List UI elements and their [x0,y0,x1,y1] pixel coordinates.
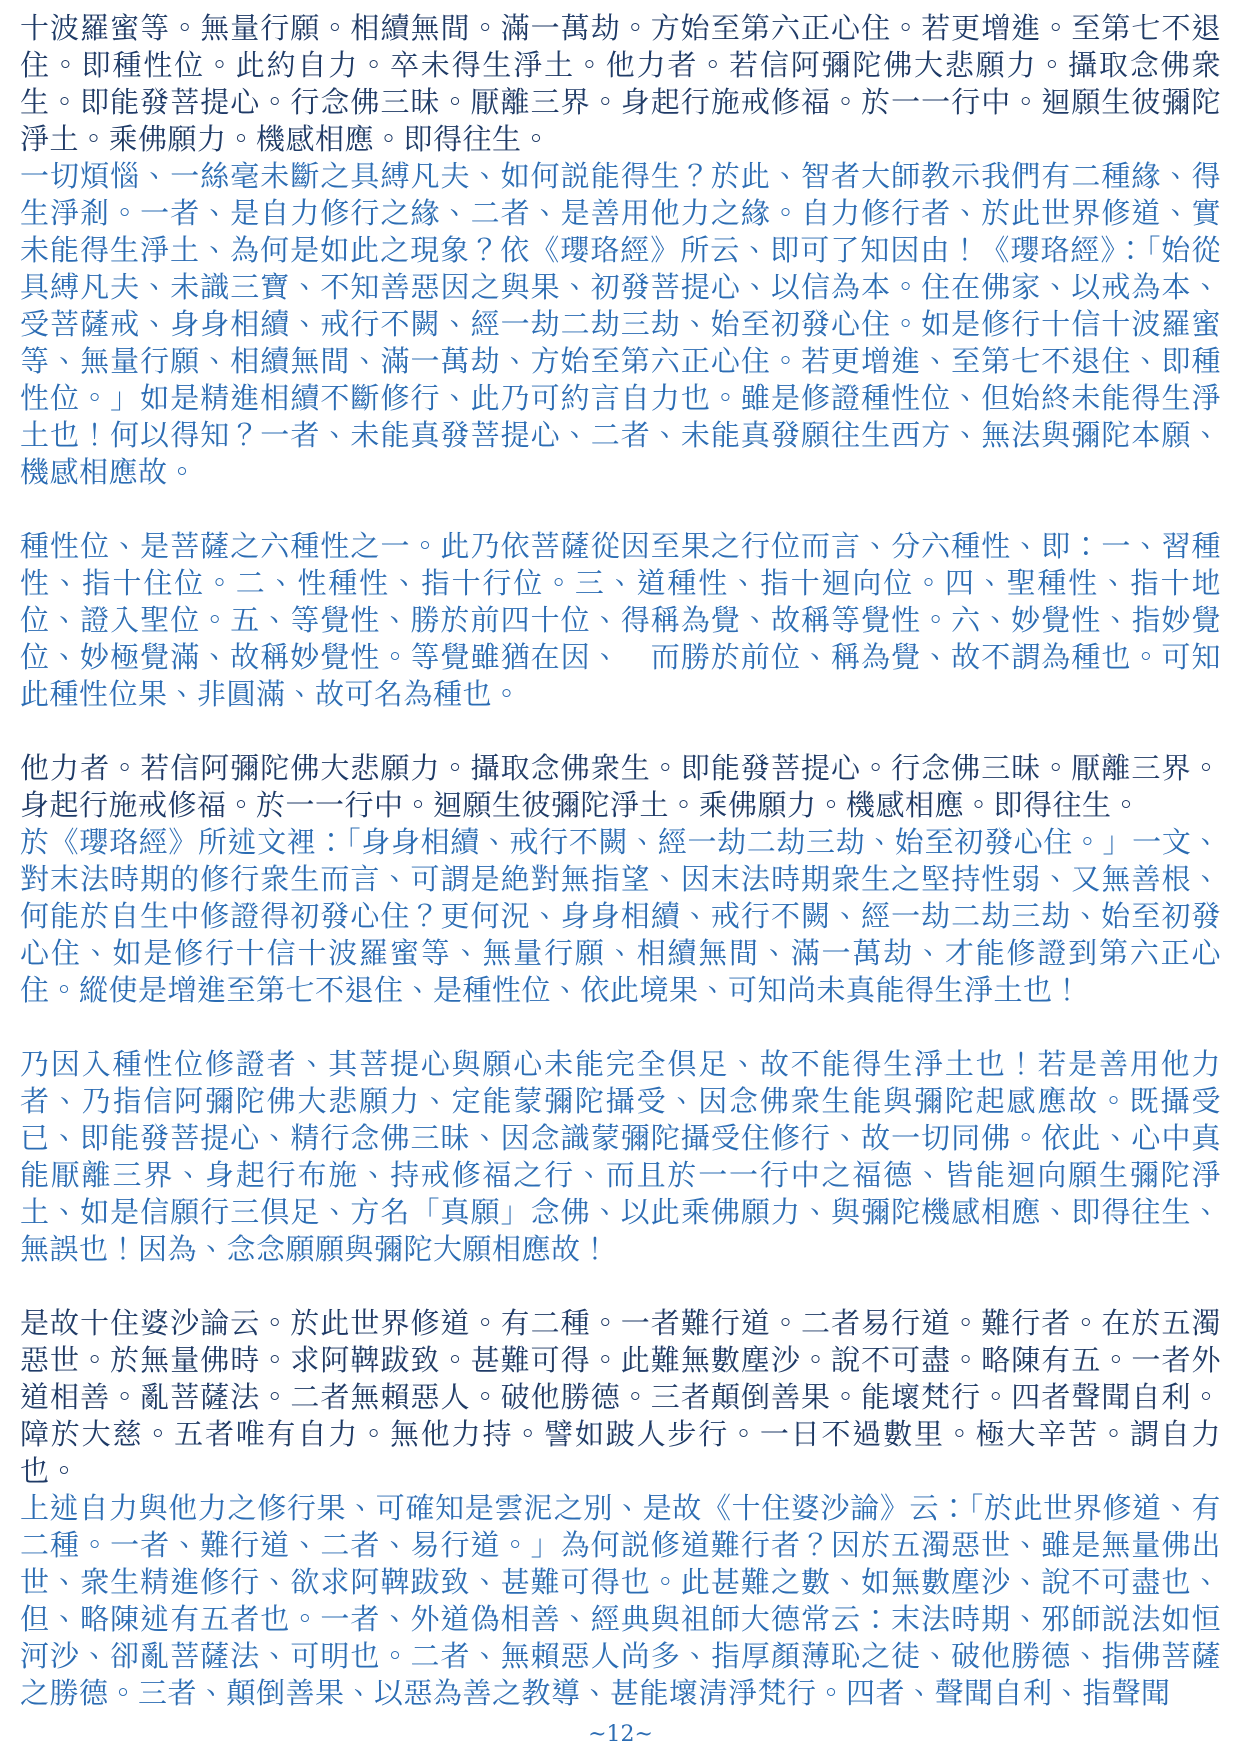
paragraph-5: 於《瓔珞經》所述文裡：「身身相續、戒行不闕、經一劫二劫三劫、始至初發心住。」一文… [20,824,1221,1009]
paragraph-6: 乃因入種性位修證者、其菩提心與願心未能完全倶足、故不能得生淨土也！若是善用他力者… [20,1046,1221,1268]
page-number: ~12~ [20,1720,1221,1750]
paragraph-1: 十波羅蜜等。無量行願。相續無間。滿一萬劫。方始至第六正心住。若更增進。至第七不退… [20,10,1221,158]
paragraph-2: 一切煩惱、一絲毫未斷之具縛凡夫、如何説能得生？於此、智者大師教示我們有二種緣、得… [20,158,1221,491]
paragraph-3: 種性位、是菩薩之六種性之一。此乃依菩薩從因至果之行位而言、分六種性、即：一、習種… [20,528,1221,713]
document-page: 十波羅蜜等。無量行願。相續無間。滿一萬劫。方始至第六正心住。若更增進。至第七不退… [0,0,1241,1755]
paragraph-8: 上述自力與他力之修行果、可確知是雲泥之別、是故《十住婆沙論》云：「於此世界修道、… [20,1490,1221,1712]
paragraph-7: 是故十住婆沙論云。於此世界修道。有二種。一者難行道。二者易行道。難行者。在於五濁… [20,1305,1221,1490]
paragraph-4: 他力者。若信阿彌陀佛大悲願力。攝取念佛衆生。即能發菩提心。行念佛三昧。厭離三界。… [20,750,1221,824]
